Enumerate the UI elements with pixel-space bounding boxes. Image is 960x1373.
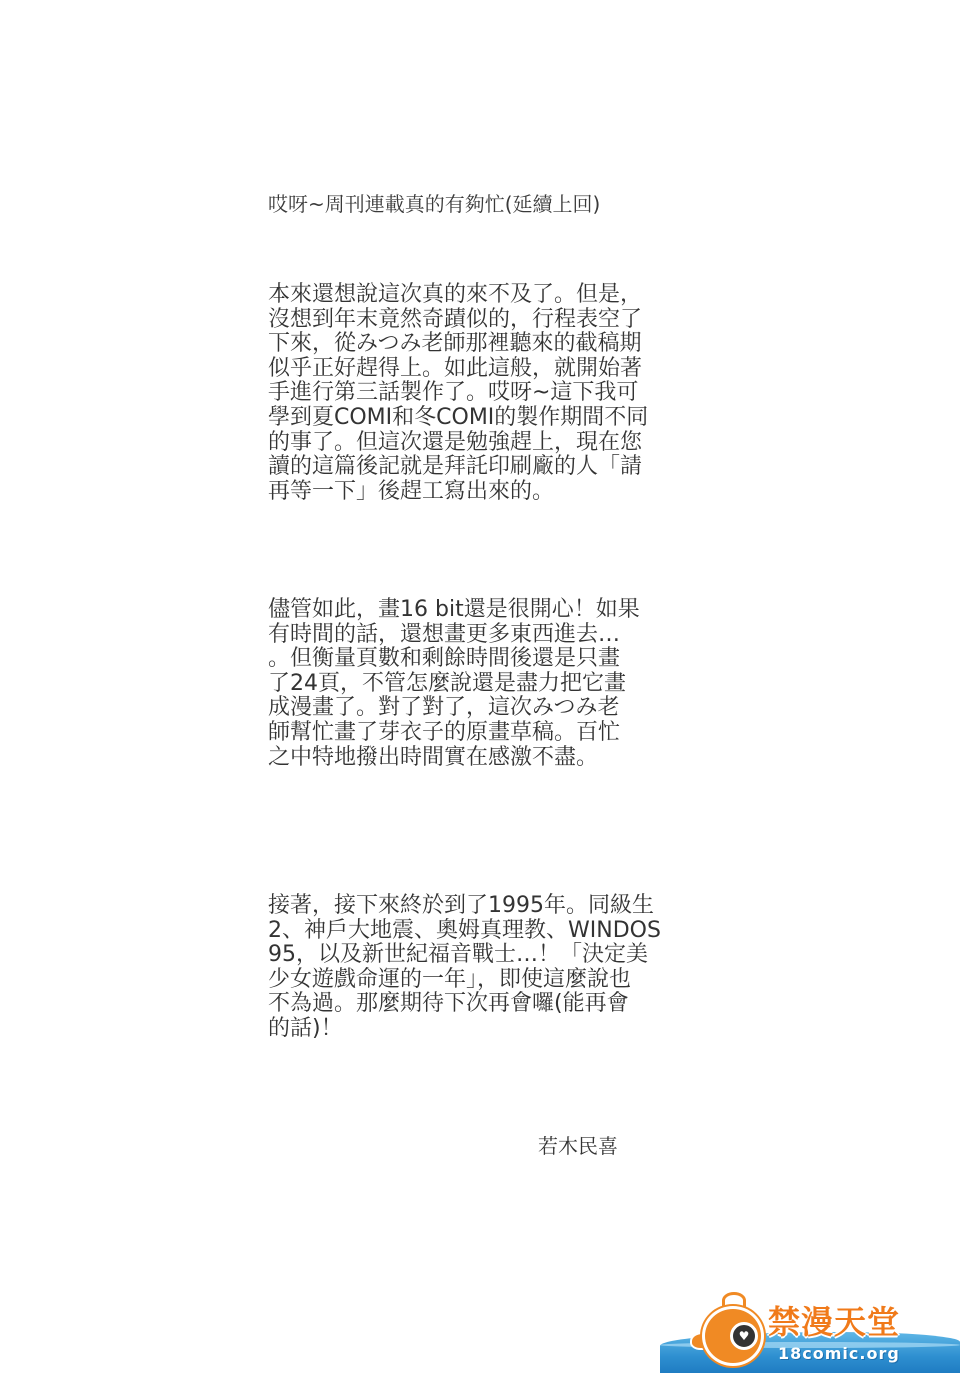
text-line: 似乎正好趕得上。如此這般，就開始著 (268, 357, 708, 382)
watermark-logo: ♥ 禁漫天堂 18comic.org (660, 1292, 960, 1373)
afterword-title: 哎呀~周刊連載真的有夠忙(延續上回) (268, 190, 600, 218)
afterword-page: 哎呀~周刊連載真的有夠忙(延續上回) 本來還想說這次真的來不及了。但是， 沒想到… (0, 0, 960, 1373)
text-line: 成漫畫了。對了對了，這次みつみ老 (268, 696, 708, 721)
text-line: 2、神戶大地震、奧姆真理教、WINDOS (268, 919, 708, 944)
brand-url: 18comic.org (778, 1344, 900, 1364)
text-line: 之中特地撥出時間實在感激不盡。 (268, 746, 708, 771)
text-line: 儘管如此，畫16 bit還是很開心！如果 (268, 598, 708, 623)
paragraph-3: 接著，接下來終於到了1995年。同級生 2、神戶大地震、奧姆真理教、WINDOS… (268, 894, 708, 1042)
text-line: 接著，接下來終於到了1995年。同級生 (268, 894, 708, 919)
text-line: 本來還想說這次真的來不及了。但是， (268, 283, 708, 308)
text-line: 95，以及新世紀福音戰士…！「決定美 (268, 943, 708, 968)
text-line: 學到夏COMI和冬COMI的製作期間不同 (268, 406, 708, 431)
text-line: 不為過。那麼期待下次再會囉(能再會 (268, 992, 708, 1017)
text-line: 少女遊戲命運的一年」，即使這麼說也 (268, 968, 708, 993)
text-line: 有時間的話，還想畫更多東西進去… (268, 623, 708, 648)
text-line: 。但衡量頁數和剩餘時間後還是只畫 (268, 647, 708, 672)
text-line: 讀的這篇後記就是拜託印刷廠的人「請 (268, 455, 708, 480)
text-line: 再等一下」後趕工寫出來的。 (268, 480, 708, 505)
brand-name: 禁漫天堂 (768, 1304, 900, 1340)
text-line: 的話)！ (268, 1017, 708, 1042)
text-line: 下來，從みつみ老師那裡聽來的截稿期 (268, 332, 708, 357)
paragraph-1: 本來還想說這次真的來不及了。但是， 沒想到年末竟然奇蹟似的，行程表空了 下來，從… (268, 283, 708, 504)
text-line: 師幫忙畫了芽衣子的原畫草稿。百忙 (268, 721, 708, 746)
text-line: 了24頁，不管怎麼說還是盡力把它畫 (268, 672, 708, 697)
paragraph-2: 儘管如此，畫16 bit還是很開心！如果 有時間的話，還想畫更多東西進去… 。但… (268, 598, 708, 770)
text-line: 的事了。但這次還是勉強趕上，現在您 (268, 431, 708, 456)
author-signature: 若木民喜 (538, 1132, 618, 1160)
text-line: 沒想到年末竟然奇蹟似的，行程表空了 (268, 308, 708, 333)
text-line: 手進行第三話製作了。哎呀~這下我可 (268, 381, 708, 406)
heart-eye-icon: ♥ (730, 1322, 758, 1350)
